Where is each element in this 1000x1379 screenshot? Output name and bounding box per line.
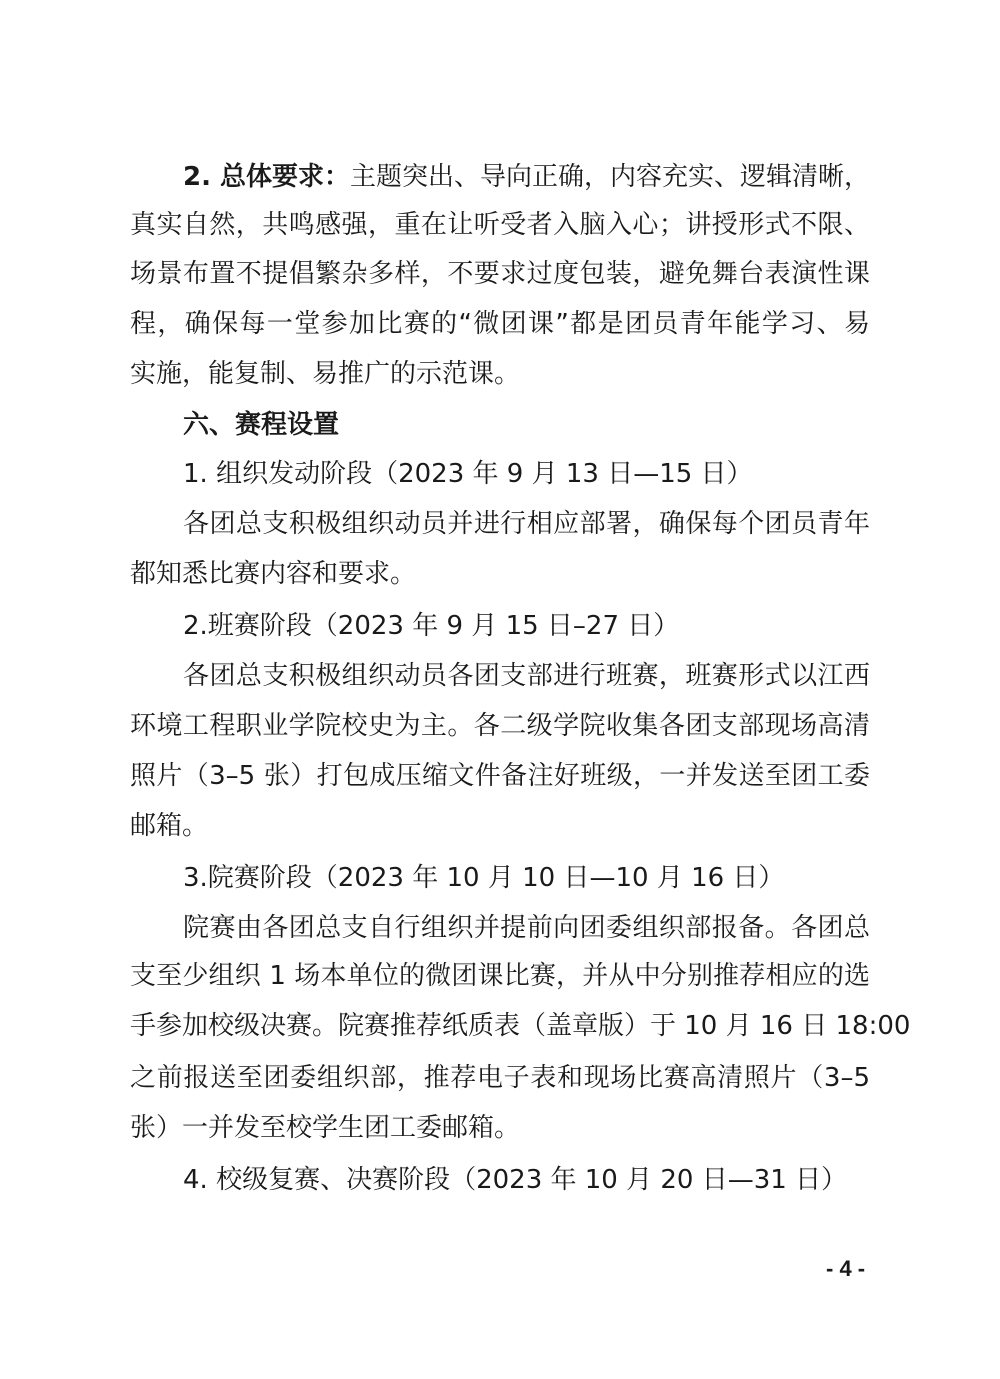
stage-3-title: 3.院赛阶段（2023 年 10 月 10 日—10 月 16 日） [183,861,870,895]
requirements-label: 2. 总体要求： [183,162,350,192]
stage-2-line-1: 各团总支积极组织动员各团支部进行班赛，班赛形式以江西 [183,659,870,693]
stage-1-line-1: 各团总支积极组织动员并进行相应部署，确保每个团员青年 [183,507,870,541]
stage-1-title: 1. 组织发动阶段（2023 年 9 月 13 日—15 日） [183,457,870,491]
stage-2-title: 2.班赛阶段（2023 年 9 月 15 日–27 日） [183,609,870,643]
stage-3-line-1: 院赛由各团总支自行组织并提前向团委组织部报备。各团总 [183,911,870,945]
stage-2-line-3: 照片（3–5 张）打包成压缩文件备注好班级，一并发送至团工委 [130,759,870,793]
stage-3-line-3: 手参加校级决赛。院赛推荐纸质表（盖章版）于 10 月 16 日 18:00 [130,1009,870,1043]
stage-4-title: 4. 校级复赛、决赛阶段（2023 年 10 月 20 日—31 日） [183,1163,870,1197]
stage-3-line-2: 支至少组织 1 场本单位的微团课比赛，并从中分别推荐相应的选 [130,959,870,993]
stage-1-line-2: 都知悉比赛内容和要求。 [130,557,870,591]
requirements-line-1: 2. 总体要求：主题突出、导向正确，内容充实、逻辑清晰， [183,160,870,194]
requirements-text: 主题突出、导向正确，内容充实、逻辑清晰， [350,162,870,192]
requirements-line-3: 场景布置不提倡繁杂多样，不要求过度包装，避免舞台表演性课 [130,257,870,291]
stage-3-line-5: 张）一并发至校学生团工委邮箱。 [130,1111,870,1145]
requirements-line-2: 真实自然，共鸣感强，重在让听受者入脑入心；讲授形式不限、 [130,208,870,242]
stage-2-line-2: 环境工程职业学院校史为主。各二级学院收集各团支部现场高清 [130,709,870,743]
section-heading-schedule: 六、赛程设置 [183,408,870,442]
page-number: - 4 - [826,1256,865,1282]
requirements-line-4: 程，确保每一堂参加比赛的“微团课”都是团员青年能学习、易 [130,307,870,341]
stage-3-line-4: 之前报送至团委组织部，推荐电子表和现场比赛高清照片（3–5 [130,1061,870,1095]
requirements-line-5: 实施，能复制、易推广的示范课。 [130,357,870,391]
stage-2-line-4: 邮箱。 [130,809,870,843]
